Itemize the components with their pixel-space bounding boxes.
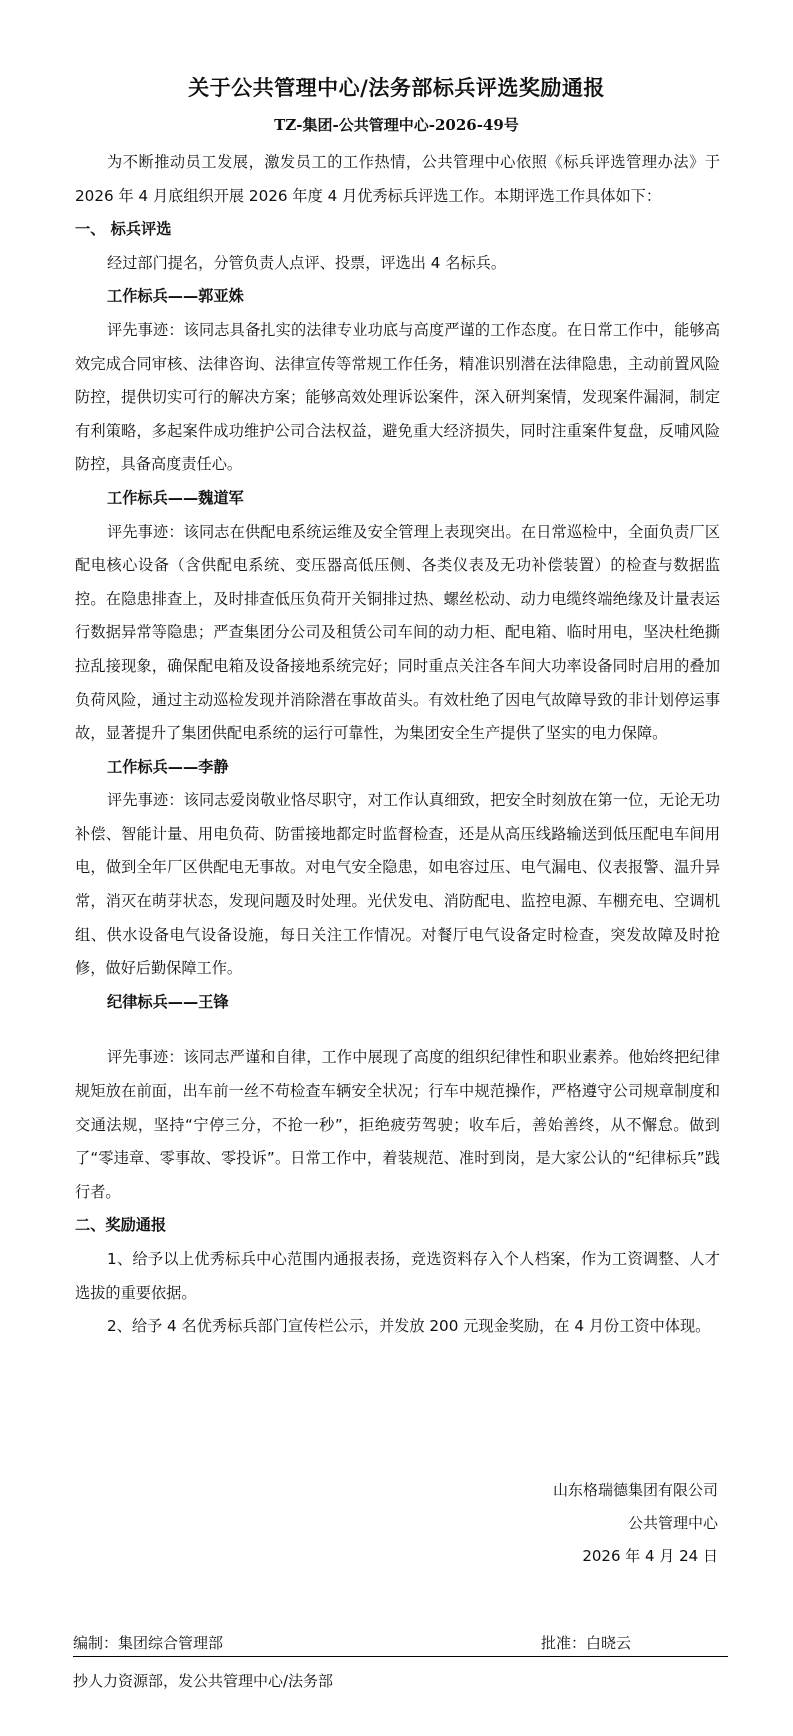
document-title: 关于公共管理中心/法务部标兵评选奖励通报 bbox=[0, 72, 793, 102]
footer-row: 编制：集团综合管理部 批准：白晓云 bbox=[73, 1630, 728, 1657]
approved-by: 批准：白晓云 bbox=[541, 1632, 631, 1653]
signature-department: 公共管理中心 bbox=[553, 1507, 718, 1540]
signature-block: 山东格瑞德集团有限公司 公共管理中心 2026 年 4 月 24 日 bbox=[553, 1474, 718, 1573]
distribution-line: 抄人力资源部，发公共管理中心/法务部 bbox=[73, 1670, 333, 1691]
awardee-heading: 工作标兵——郭亚姝 bbox=[75, 280, 720, 314]
spacer bbox=[75, 1019, 720, 1041]
section-heading-selection: 一、 标兵评选 bbox=[75, 213, 720, 247]
prepared-by: 编制：集团综合管理部 bbox=[73, 1632, 223, 1653]
reward-item: 2、给予 4 名优秀标兵部门宣传栏公示，并发放 200 元现金奖励，在 4 月份… bbox=[75, 1310, 720, 1344]
intro-paragraph: 为不断推动员工发展，激发员工的工作热情，公共管理中心依照《标兵评选管理办法》于 … bbox=[75, 146, 720, 213]
signature-company: 山东格瑞德集团有限公司 bbox=[553, 1474, 718, 1507]
section-heading-rewards: 二、奖励通报 bbox=[75, 1209, 720, 1243]
selection-summary: 经过部门提名，分管负责人点评、投票，评选出 4 名标兵。 bbox=[75, 247, 720, 281]
signature-date: 2026 年 4 月 24 日 bbox=[553, 1540, 718, 1573]
awardee-heading: 工作标兵——李静 bbox=[75, 751, 720, 785]
document-body: 为不断推动员工发展，激发员工的工作热情，公共管理中心依照《标兵评选管理办法》于 … bbox=[75, 146, 720, 1344]
awardee-description: 评先事迹：该同志严谨和自律，工作中展现了高度的组织纪律性和职业素养。他始终把纪律… bbox=[75, 1041, 720, 1209]
document-number: TZ-集团-公共管理中心-2026-49号 bbox=[0, 114, 793, 135]
awardee-heading: 纪律标兵——王锋 bbox=[75, 986, 720, 1020]
document-page: 关于公共管理中心/法务部标兵评选奖励通报 TZ-集团-公共管理中心-2026-4… bbox=[0, 0, 793, 1736]
awardee-description: 评先事迹：该同志在供配电系统运维及安全管理上表现突出。在日常巡检中，全面负责厂区… bbox=[75, 516, 720, 751]
reward-item: 1、给予以上优秀标兵中心范围内通报表扬，竞选资料存入个人档案，作为工资调整、人才… bbox=[75, 1243, 720, 1310]
awardee-description: 评先事迹：该同志具备扎实的法律专业功底与高度严谨的工作态度。在日常工作中，能够高… bbox=[75, 314, 720, 482]
awardee-heading: 工作标兵——魏道军 bbox=[75, 482, 720, 516]
awardee-description: 评先事迹：该同志爱岗敬业恪尽职守，对工作认真细致，把安全时刻放在第一位，无论无功… bbox=[75, 784, 720, 986]
